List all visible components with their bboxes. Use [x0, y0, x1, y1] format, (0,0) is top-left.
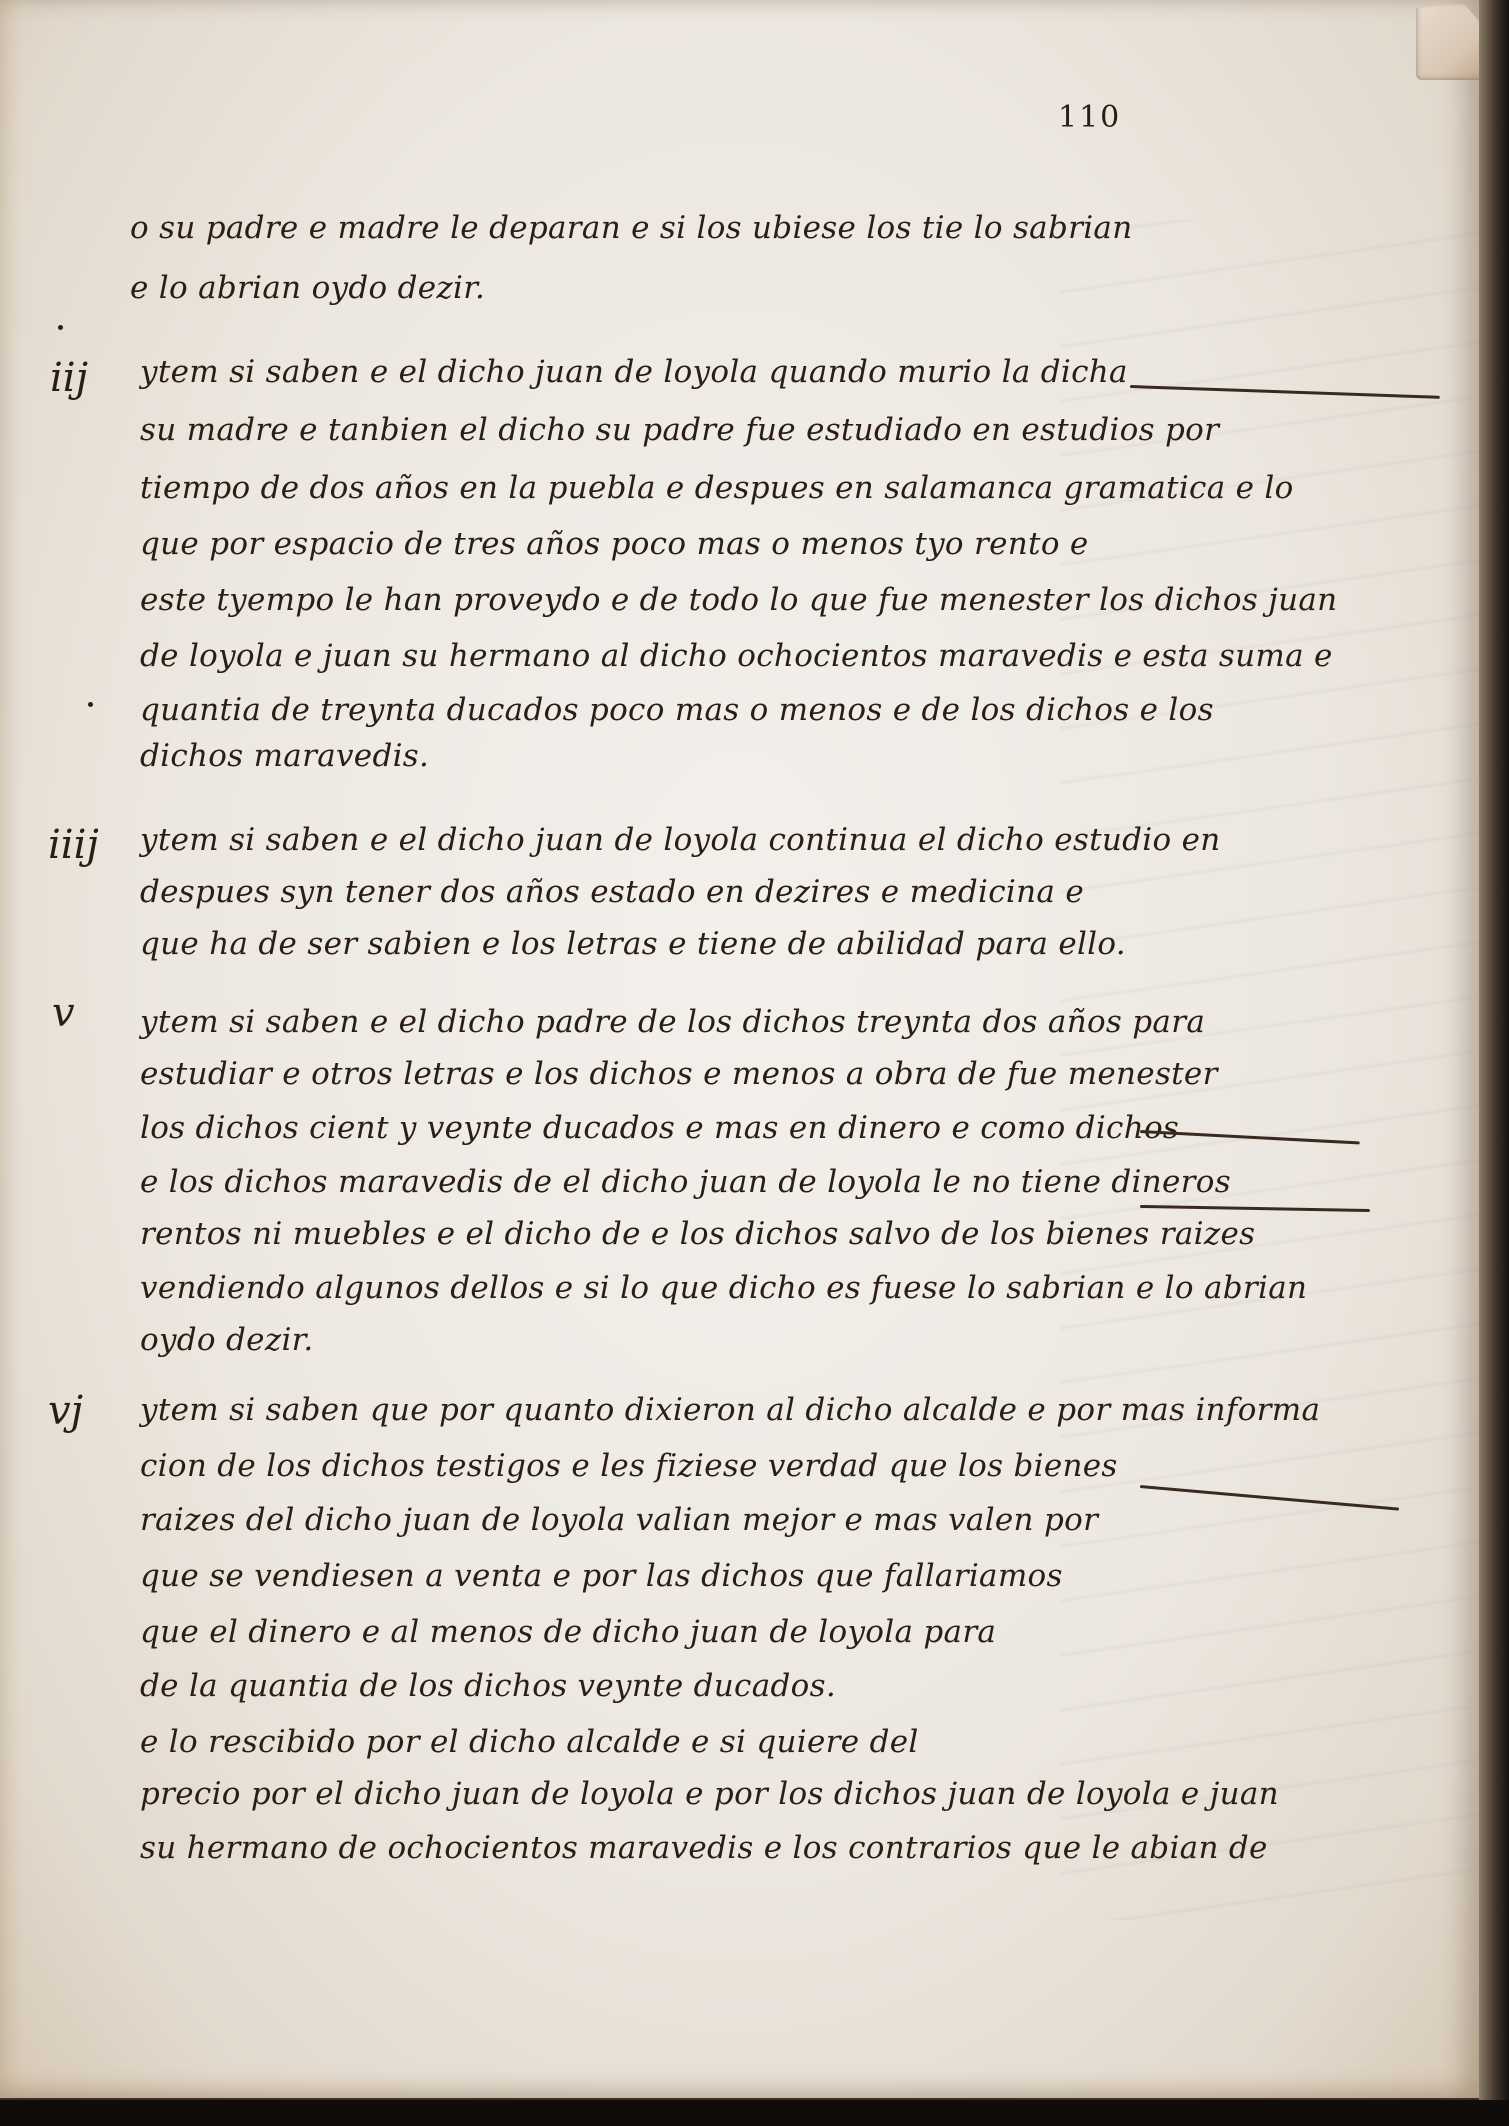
line-filler-flourish	[1140, 1485, 1399, 1511]
text-line: vendiendo algunos dellos e si lo que dic…	[140, 1268, 1307, 1308]
scan-background-edge	[0, 2100, 1509, 2126]
text-line: raizes del dicho juan de loyola valian m…	[140, 1500, 1098, 1540]
text-line: de la quantia de los dichos veynte ducad…	[140, 1666, 836, 1706]
marginal-numeral-vj: vj	[48, 1388, 83, 1434]
text-line: rentos ni muebles e el dicho de e los di…	[140, 1214, 1255, 1254]
text-line: e lo abrian oydo dezir.	[130, 268, 485, 308]
text-line: quantia de treynta ducados poco mas o me…	[140, 690, 1214, 730]
text-line: que se vendiesen a venta e por las dicho…	[140, 1556, 1063, 1596]
line-filler-flourish	[1140, 1205, 1370, 1212]
text-line: ytem si saben e el dicho juan de loyola …	[140, 352, 1128, 392]
text-line: que ha de ser sabien e los letras e tien…	[140, 924, 1126, 964]
text-line: estudiar e otros letras e los dichos e m…	[140, 1054, 1218, 1094]
text-line: precio por el dicho juan de loyola e por…	[140, 1774, 1279, 1814]
margin-dot	[58, 325, 63, 330]
text-line: los dichos cient y veynte ducados e mas …	[140, 1108, 1179, 1148]
text-line: tiempo de dos años en la puebla e despue…	[140, 468, 1294, 508]
text-line: que por espacio de tres años poco mas o …	[140, 524, 1089, 564]
margin-dot	[88, 702, 93, 707]
line-filler-flourish	[1130, 385, 1440, 399]
text-line: despues syn tener dos años estado en dez…	[140, 872, 1084, 912]
marginal-numeral-v: v	[52, 990, 75, 1036]
text-line: ytem si saben que por quanto dixieron al…	[140, 1390, 1320, 1430]
text-line: oydo dezir.	[140, 1320, 314, 1360]
text-line: que el dinero e al menos de dicho juan d…	[140, 1612, 996, 1652]
text-line: este tyempo le han proveydo e de todo lo…	[140, 580, 1337, 620]
text-line: cion de los dichos testigos e les fizies…	[140, 1446, 1118, 1486]
text-line: dichos maravedis.	[140, 736, 429, 776]
text-line: e lo rescibido por el dicho alcalde e si…	[140, 1722, 919, 1762]
text-line: o su padre e madre le deparan e si los u…	[130, 208, 1132, 248]
manuscript-page: 110 o su padre e madre le deparan e si l…	[0, 0, 1486, 2102]
text-line: ytem si saben e el dicho padre de los di…	[140, 1002, 1205, 1042]
text-line: de loyola e juan su hermano al dicho och…	[140, 636, 1333, 676]
text-line: ytem si saben e el dicho juan de loyola …	[140, 820, 1221, 860]
text-line: su madre e tanbien el dicho su padre fue…	[140, 410, 1219, 450]
marginal-numeral-iij: iij	[50, 355, 88, 401]
folio-number: 110	[1058, 100, 1121, 135]
binding-edge	[1479, 0, 1509, 2126]
text-line: e los dichos maravedis de el dicho juan …	[140, 1162, 1231, 1202]
marginal-numeral-iiij: iiij	[48, 822, 99, 868]
text-line: su hermano de ochocientos maravedis e lo…	[140, 1828, 1268, 1868]
